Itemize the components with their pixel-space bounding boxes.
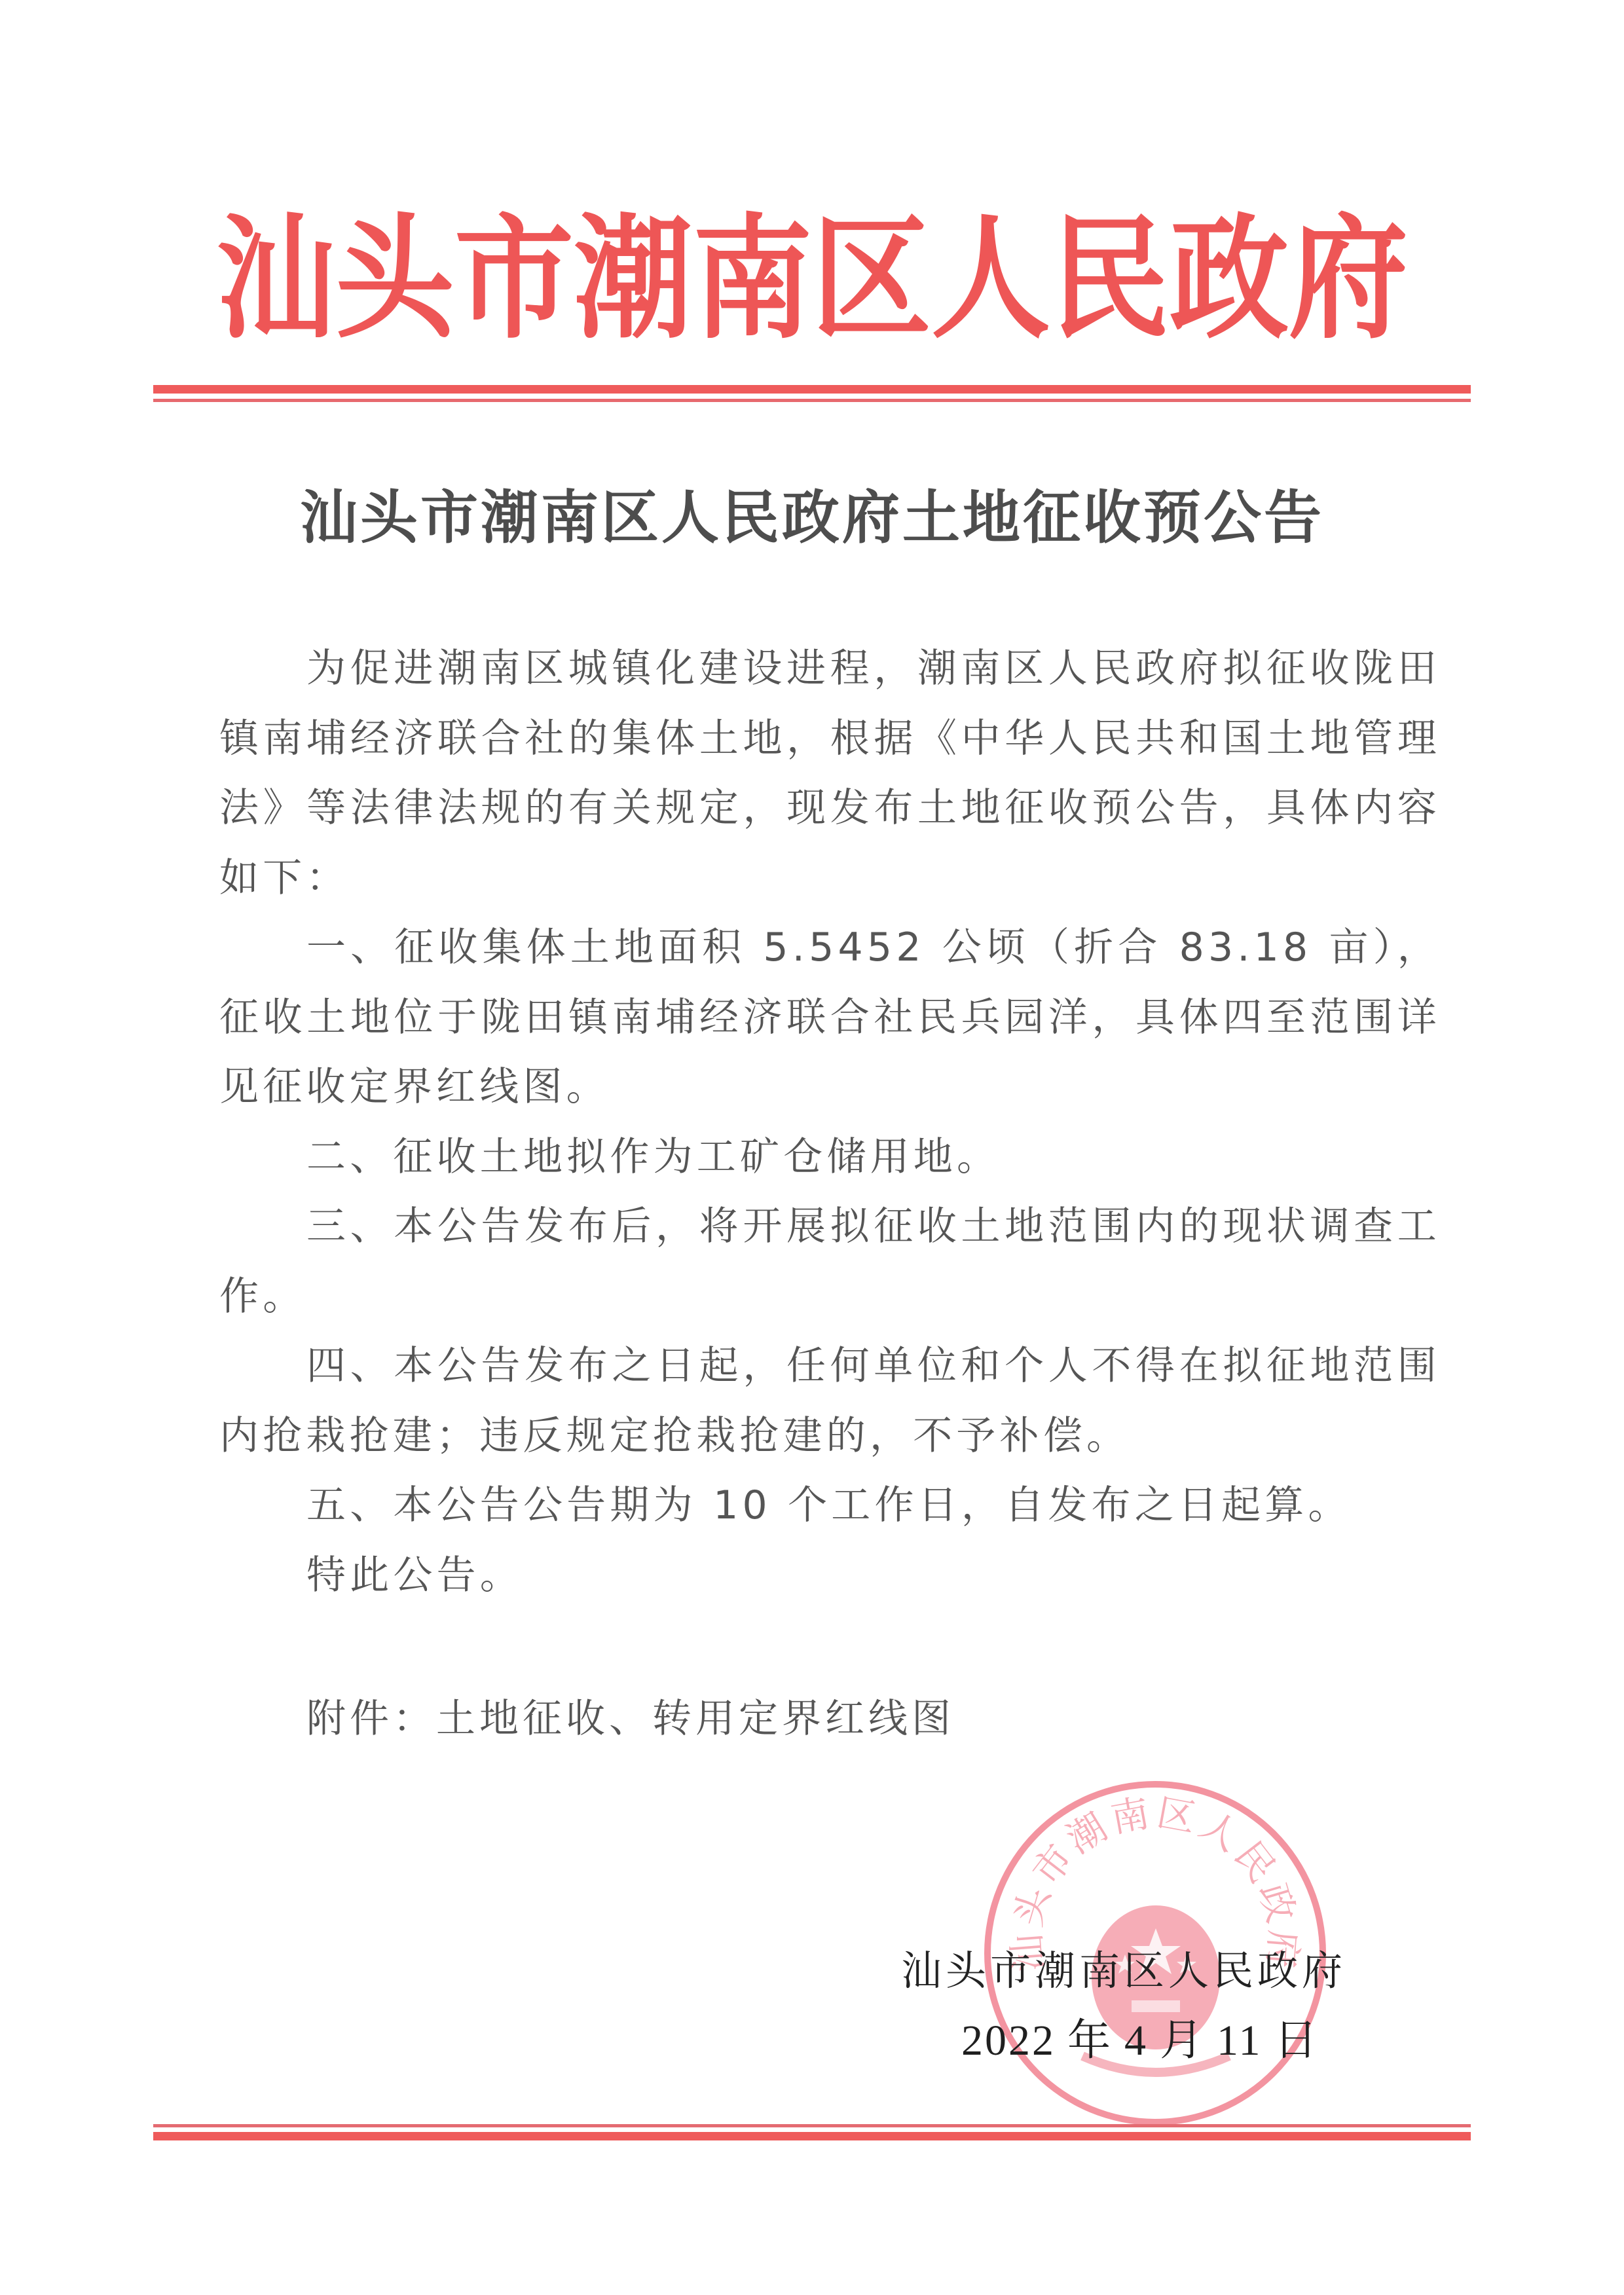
masthead-divider-thick (153, 385, 1471, 394)
masthead-char: 府 (1289, 194, 1408, 363)
issuer-signature: 汕头市潮南区人民政府 (901, 1938, 1333, 2004)
date-day: 11 (1217, 2017, 1263, 2065)
footer-divider-thick (153, 2132, 1471, 2140)
attachment-note: 附件：土地征收、转用定界红线图 (306, 1684, 955, 1753)
masthead-char: 潮 (574, 194, 693, 363)
date-month-unit: 月 (1160, 2017, 1205, 2065)
masthead-char: 汕 (216, 194, 335, 363)
masthead-char: 民 (1050, 194, 1170, 363)
closing-statement: 特此公告。 (219, 1541, 1441, 1611)
document-title: 汕头市潮南区人民政府土地征收预公告 (0, 481, 1624, 553)
clause-4: 四、本公告发布之日起，任何单位和个人不得在拟征地范围内抢栽抢建；违反规定抢栽抢建… (219, 1331, 1441, 1471)
masthead-char: 头 (335, 194, 454, 363)
masthead-char: 政 (1170, 194, 1289, 363)
intro-paragraph: 为促进潮南区城镇化建设进程，潮南区人民政府拟征收陇田镇南埔经济联合社的集体土地，… (219, 634, 1441, 913)
masthead-char: 区 (812, 194, 931, 363)
masthead-divider-thin (153, 399, 1471, 402)
date-year: 2022 (961, 2017, 1056, 2065)
clause-2: 二、征收土地拟作为工矿仓储用地。 (219, 1122, 1441, 1192)
document-page: 汕 头 市 潮 南 区 人 民 政 府 汕头市潮南区人民政府土地征收预公告 为促… (0, 0, 1624, 2295)
date-month: 4 (1124, 2017, 1148, 2065)
masthead-char: 市 (454, 194, 574, 363)
red-masthead: 汕 头 市 潮 南 区 人 民 政 府 (216, 203, 1408, 354)
masthead-char: 南 (693, 194, 812, 363)
clause-3: 三、本公告发布后，将开展拟征收土地范围内的现状调查工作。 (219, 1192, 1441, 1331)
masthead-char: 人 (931, 194, 1050, 363)
date-day-unit: 日 (1274, 2017, 1319, 2065)
clause-5: 五、本公告公告期为 10 个工作日，自发布之日起算。 (219, 1471, 1441, 1541)
footer-divider-thin (153, 2124, 1471, 2127)
date-year-unit: 年 (1067, 2017, 1113, 2065)
clause-1: 一、征收集体土地面积 5.5452 公顷（折合 83.18 亩），征收土地位于陇… (219, 913, 1441, 1122)
issue-date: 2022年4月11日 (961, 2011, 1302, 2070)
document-body: 为促进潮南区城镇化建设进程，潮南区人民政府拟征收陇田镇南埔经济联合社的集体土地，… (219, 634, 1441, 1610)
